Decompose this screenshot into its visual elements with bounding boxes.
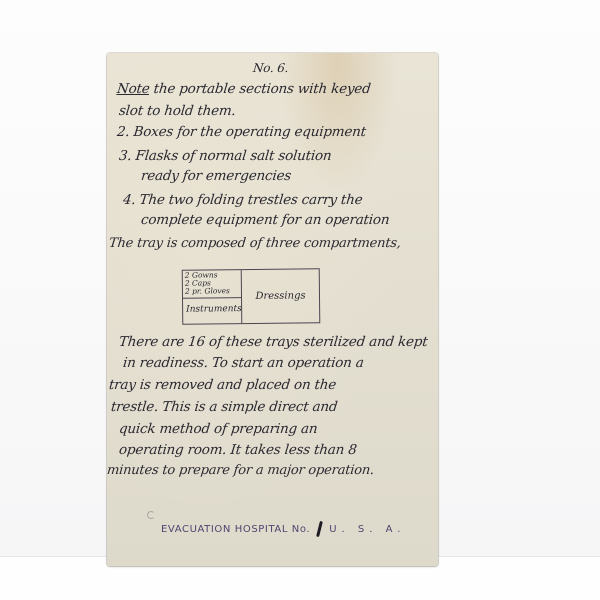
- note-line-4: 3. Flasks of normal salt solution: [118, 148, 332, 164]
- note-line-6: 4. The two folding trestles carry the: [122, 192, 363, 208]
- stamp-usa-text: U. S. A.: [329, 524, 405, 535]
- stamp-hospital-text: EVACUATION HOSPITAL No.: [161, 524, 310, 535]
- tray-compartment-dressings: Dressings: [242, 269, 320, 323]
- page-number: No. 6.: [252, 61, 289, 75]
- tray-item-gloves: 2 pr. Gloves: [185, 287, 239, 296]
- tray-compartment-instruments: Instruments: [183, 298, 241, 324]
- tray-left-column: 2 Gowns 2 Caps 2 pr. Gloves Instruments: [183, 270, 243, 324]
- paragraph-line-6: operating room. It takes less than 8: [118, 442, 357, 458]
- hospital-stamp: EVACUATION HOSPITAL No. U. S. A.: [161, 521, 405, 537]
- tray-diagram: 2 Gowns 2 Caps 2 pr. Gloves Instruments …: [182, 268, 321, 324]
- paragraph-line-7: minutes to prepare for a major operation…: [106, 463, 375, 478]
- note-line-5: ready for emergencies: [140, 168, 292, 184]
- paragraph-line-1: There are 16 of these trays sterilized a…: [118, 334, 428, 350]
- ink-smudge: [147, 511, 155, 519]
- stamp-ink-mark: [316, 521, 323, 537]
- note-line-8: The tray is composed of three compartmen…: [108, 236, 401, 251]
- handwritten-card: No. 6. Note the portable sections with k…: [107, 53, 438, 566]
- paragraph-line-4: trestle. This is a simple direct and: [110, 399, 338, 415]
- paragraph-line-3: tray is removed and placed on the: [108, 377, 337, 393]
- paragraph-line-5: quick method of preparing an: [118, 421, 318, 437]
- paragraph-line-2: in readiness. To start an operation a: [122, 355, 364, 371]
- note-line-1: Note the portable sections with keyed: [116, 81, 371, 97]
- tray-compartment-gowns-caps-gloves: 2 Gowns 2 Caps 2 pr. Gloves: [183, 270, 241, 299]
- note-line-1-rest: the portable sections with keyed: [149, 81, 372, 97]
- note-line-7: complete equipment for an operation: [140, 212, 390, 228]
- note-underlined-word: Note: [116, 81, 150, 97]
- note-line-3: 2. Boxes for the operating equipment: [116, 124, 367, 140]
- note-line-2: slot to hold them.: [118, 103, 236, 119]
